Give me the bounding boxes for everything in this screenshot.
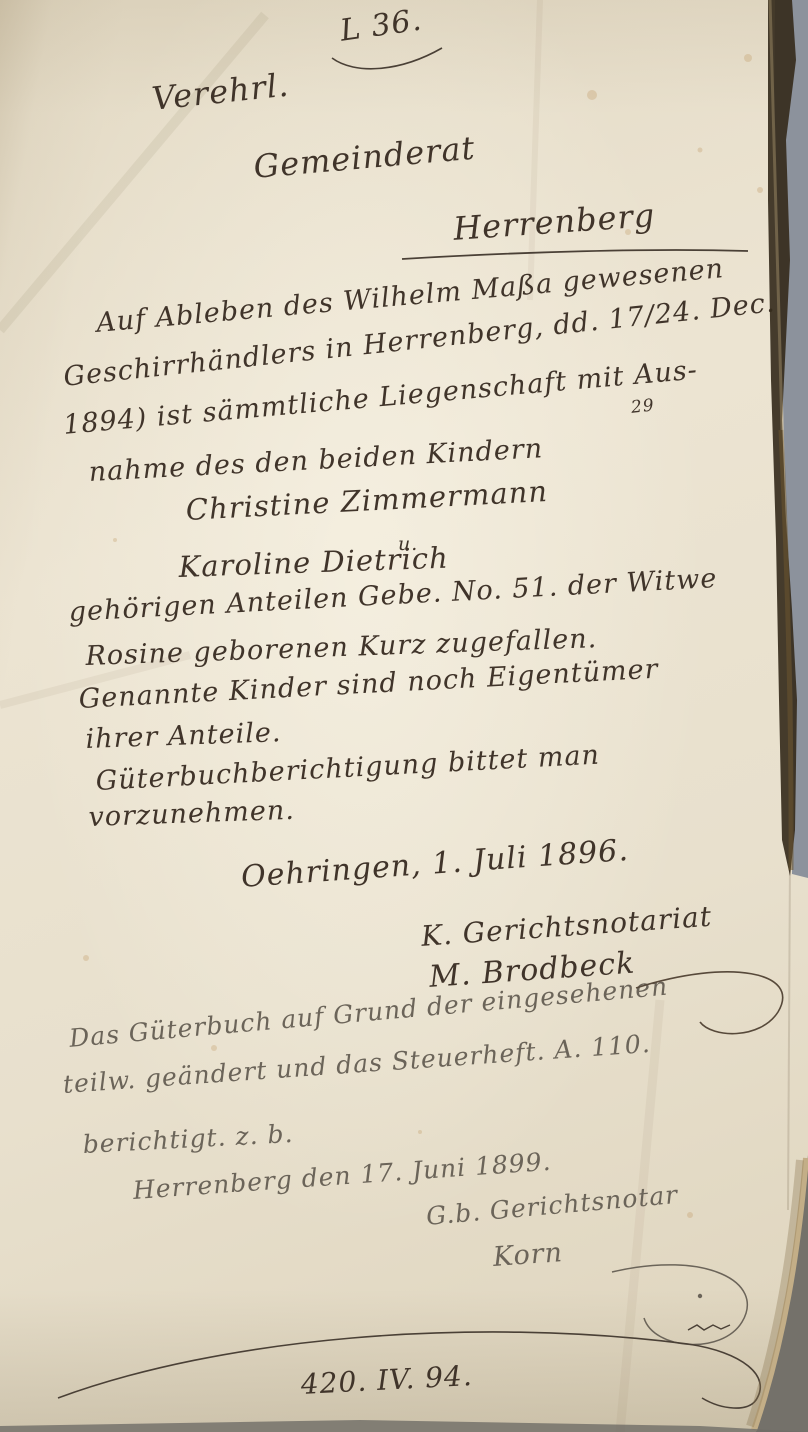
scanned-document-photo: L 36. Verehrl. Gemeinderat Herrenberg Au… <box>0 0 808 1432</box>
pencil-signature-name: Korn <box>492 1237 564 1273</box>
date-fraction-note: 29 <box>630 396 656 418</box>
document-page <box>0 0 808 1432</box>
